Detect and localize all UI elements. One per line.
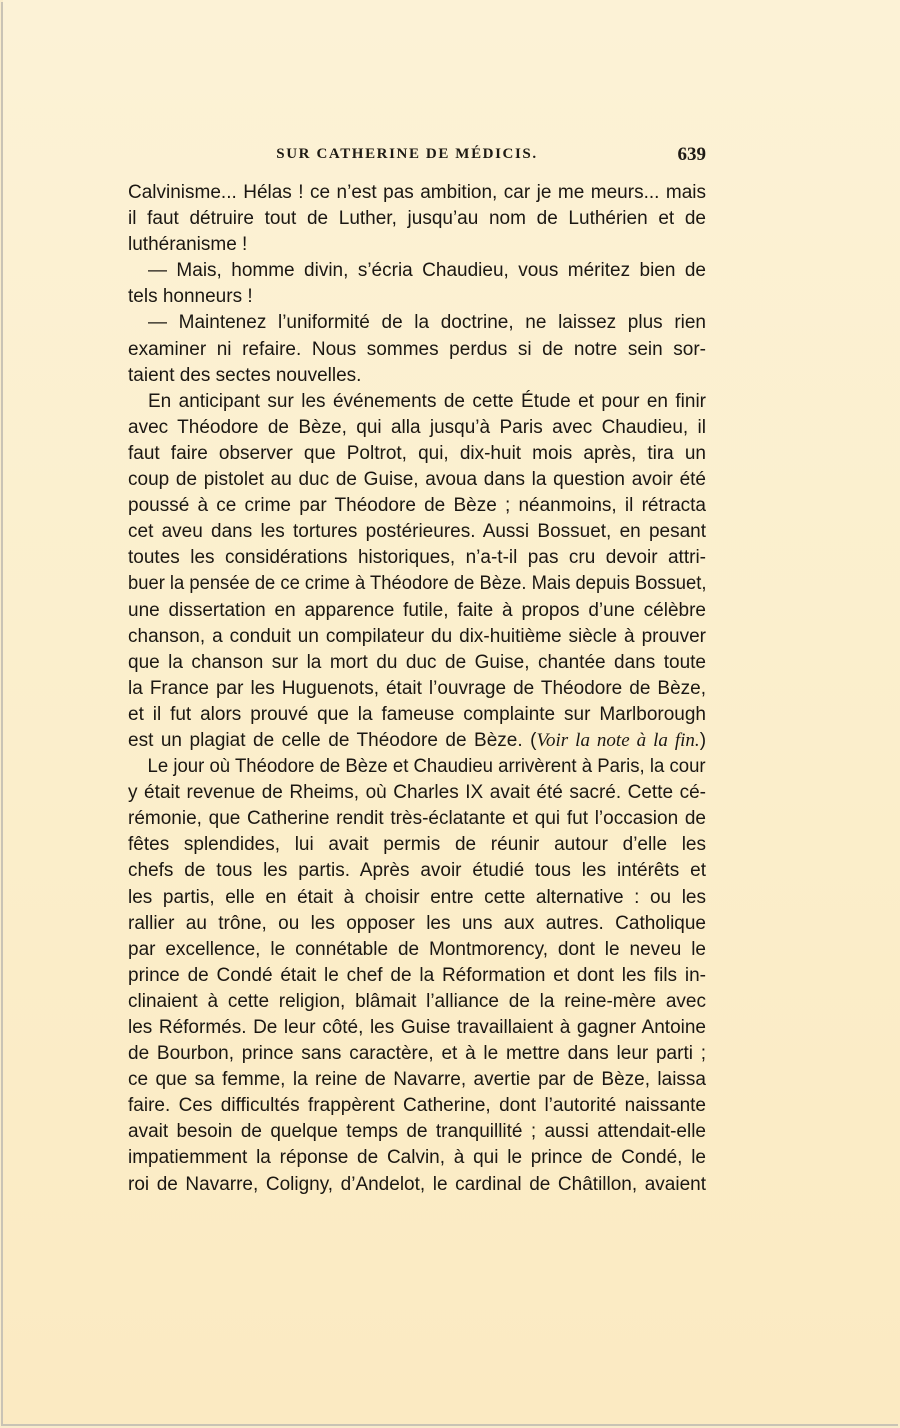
text-line-content: clinaient à cette religion, blâmait l’al… [128,991,706,1012]
text-line: les Réformés. De leur côté, les Guise tr… [128,1015,706,1041]
text-line: chanson, a conduit un compilateur du dix… [128,624,706,650]
text-line: prince de Condé était le chef de la Réfo… [128,963,706,989]
text-line: tels honneurs ! [128,284,706,310]
text-line-content: rallier au trône, ou les opposer les uns… [128,913,706,934]
text-line: impatiemment la réponse de Calvin, à qui… [128,1145,706,1171]
text-line-content: coup de pistolet au duc de Guise, avoua … [128,469,706,490]
text-line-content: prince de Condé était le chef de la Réfo… [128,965,706,986]
text-line-content: chefs de tous les partis. Après avoir ét… [128,860,706,881]
text-line-content: cet aveu dans les tortures postérieures.… [128,521,706,542]
running-title: SUR CATHERINE DE MÉDICIS. [128,146,706,163]
text-line: une dissertation en apparence futile, fa… [128,598,706,624]
text-line: rallier au trône, ou les opposer les uns… [128,911,706,937]
text-line: par excellence, le connétable de Montmor… [128,937,706,963]
text-line-content: que la chanson sur la mort du duc de Gui… [128,652,706,673]
text-line: les partis, elle en était à choisir entr… [128,885,706,911]
text-line-content: luthéranisme ! [128,234,247,255]
text-line: Le jour où Théodore de Bèze et Chaudieu … [128,754,725,780]
italic-note: Voir la note à la fin. [537,730,700,751]
text-line: buer la pensée de ce crime à Théodore de… [128,571,706,597]
text-line-content: avec Théodore de Bèze, qui alla jusqu’à … [128,417,706,438]
text-line: avait besoin de quelque temps de tranqui… [128,1119,706,1145]
text-line: est un plagiat de celle de Théodore de B… [128,728,706,754]
text-line: roi de Navarre, Coligny, d’Andelot, le c… [128,1172,706,1198]
text-line: ce que sa femme, la reine de Navarre, av… [128,1067,706,1093]
text-line-content: rémonie, que Catherine rendit très-éclat… [128,808,706,829]
text-line-content: faut faire observer que Poltrot, qui, di… [128,443,706,464]
text-line: — Mais, homme divin, s’écria Chaudieu, v… [128,258,706,284]
text-line-content: examiner ni refaire. Nous sommes perdus … [128,339,706,360]
body-text: Calvinisme... Hélas ! ce n’est pas ambit… [128,180,706,1198]
text-line: — Maintenez l’uniformité de la doctrine,… [128,310,706,336]
text-line: luthéranisme ! [128,232,706,258]
text-line-content: les partis, elle en était à choisir entr… [128,887,706,908]
text-line: rémonie, que Catherine rendit très-éclat… [128,806,706,832]
text-line: de Bourbon, prince sans caractère, et à … [128,1041,706,1067]
text-line: poussé à ce crime par Théodore de Bèze ;… [128,493,706,519]
text-line-content: par excellence, le connétable de Montmor… [128,939,706,960]
text-line: En anticipant sur les événements de cett… [128,389,706,415]
text-line: toutes les considérations historiques, n… [128,545,706,571]
text-line-content: En anticipant sur les événements de cett… [148,391,706,412]
text-line-content: poussé à ce crime par Théodore de Bèze ;… [128,495,706,516]
text-line-content: roi de Navarre, Coligny, d’Andelot, le c… [128,1174,706,1195]
text-line-content: les Réformés. De leur côté, les Guise tr… [128,1017,706,1038]
text-line-content: y était revenue de Rheims, où Charles IX… [128,782,706,803]
text-line: Calvinisme... Hélas ! ce n’est pas ambit… [128,180,706,206]
text-line-content: — Mais, homme divin, s’écria Chaudieu, v… [148,260,706,281]
text-line: taient des sectes nouvelles. [128,363,706,389]
text-line: y était revenue de Rheims, où Charles IX… [128,780,706,806]
page-number: 639 [678,144,707,166]
text-line: coup de pistolet au duc de Guise, avoua … [128,467,706,493]
text-line-content: une dissertation en apparence futile, fa… [128,600,706,621]
text-line: il faut détruire tout de Luther, jusqu’a… [128,206,706,232]
text-line: clinaient à cette religion, blâmait l’al… [128,989,706,1015]
text-line-content: fêtes splendides, lui avait permis de ré… [128,834,706,855]
text-line: et il fut alors prouvé que la fameuse co… [128,702,706,728]
text-line: avec Théodore de Bèze, qui alla jusqu’à … [128,415,706,441]
text-line: la France par les Huguenots, était l’ouv… [128,676,706,702]
text-line-content: la France par les Huguenots, était l’ouv… [128,678,706,699]
text-line-content: taient des sectes nouvelles. [128,365,361,386]
text-line-content: avait besoin de quelque temps de tranqui… [128,1121,706,1142]
text-line: cet aveu dans les tortures postérieures.… [128,519,706,545]
book-page: SUR CATHERINE DE MÉDICIS. 639 Calvinisme… [3,0,900,1424]
text-line: que la chanson sur la mort du duc de Gui… [128,650,706,676]
text-line: faut faire observer que Poltrot, qui, di… [128,441,706,467]
text-line-content: de Bourbon, prince sans caractère, et à … [128,1043,706,1064]
text-line-content: il faut détruire tout de Luther, jusqu’a… [128,208,706,229]
text-line-content: ce que sa femme, la reine de Navarre, av… [128,1069,706,1090]
text-line-content: Calvinisme... Hélas ! ce n’est pas ambit… [128,182,706,203]
text-line-content: chanson, a conduit un compilateur du dix… [128,626,706,647]
text-line: chefs de tous les partis. Après avoir ét… [128,858,706,884]
text-line-content: toutes les considérations historiques, n… [128,547,706,568]
text-line-content: tels honneurs ! [128,286,253,307]
text-line-content: est un plagiat de celle de Théodore de B… [128,730,537,751]
text-line: faire. Ces difficultés frappèrent Cather… [128,1093,706,1119]
text-line-content: buer la pensée de ce crime à Théodore de… [128,573,706,594]
text-line-content: et il fut alors prouvé que la fameuse co… [128,704,706,725]
text-line: examiner ni refaire. Nous sommes perdus … [128,337,706,363]
text-line-content: Le jour où Théodore de Bèze et Chaudieu … [148,756,706,777]
text-line-content: faire. Ces difficultés frappèrent Cather… [128,1095,706,1116]
text-line-content: impatiemment la réponse de Calvin, à qui… [128,1147,706,1168]
text-line-content: — Maintenez l’uniformité de la doctrine,… [148,312,706,333]
text-line: fêtes splendides, lui avait permis de ré… [128,832,706,858]
closing-paren: ) [700,730,706,751]
running-head: SUR CATHERINE DE MÉDICIS. 639 [128,144,706,168]
